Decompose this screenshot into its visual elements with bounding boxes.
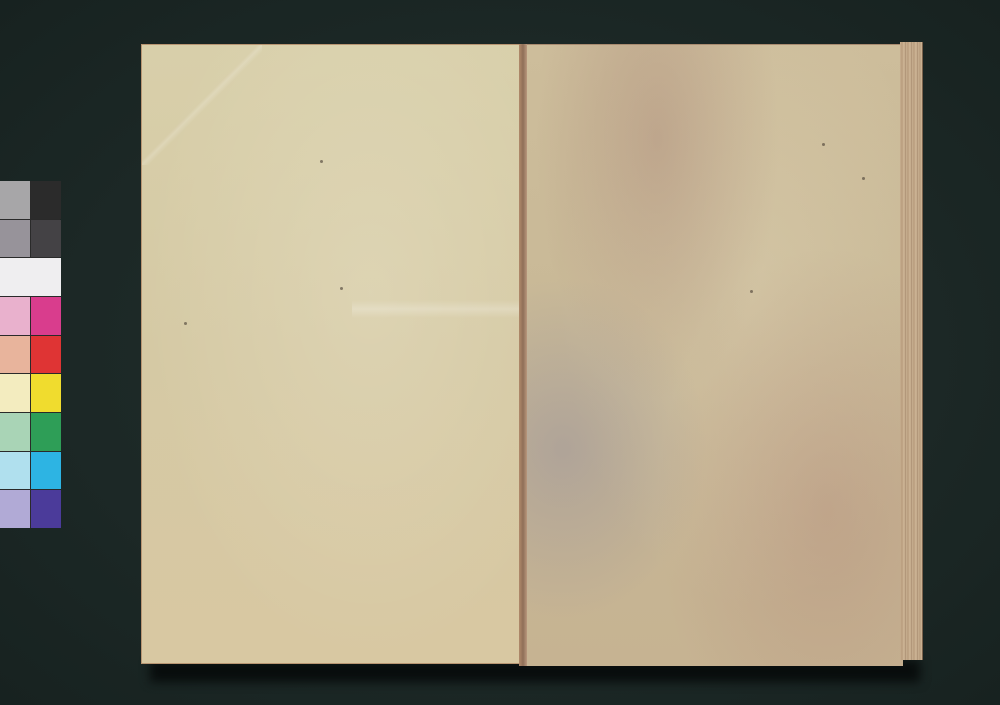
swatch-lavender [0, 490, 30, 528]
swatch-black [31, 181, 61, 219]
swatch-light-cyan [0, 452, 30, 490]
swatch-red [31, 336, 61, 374]
swatch-yellow [31, 374, 61, 412]
paper-speck [184, 322, 187, 325]
paper-speck [340, 287, 343, 290]
swatch-light-gray [0, 181, 30, 219]
swatch-mid-gray [0, 220, 30, 258]
swatch-light-green [0, 413, 30, 451]
swatch-violet [31, 490, 61, 528]
swatch-cyan [31, 452, 61, 490]
swatch-peach [0, 336, 30, 374]
paper-speck [862, 177, 865, 180]
swatch-light-yellow [0, 374, 30, 412]
book-page-edges [900, 42, 923, 660]
photo-scene [0, 0, 1000, 705]
swatch-white [0, 258, 61, 296]
paper-speck [750, 290, 753, 293]
paper-speck [822, 143, 825, 146]
book-gutter [519, 44, 527, 666]
swatch-green [31, 413, 61, 451]
color-calibration-strip [0, 181, 60, 528]
swatch-magenta [31, 297, 61, 335]
swatch-light-pink [0, 297, 30, 335]
book-right-page [525, 44, 903, 666]
paper-speck [320, 160, 323, 163]
book-left-page [141, 44, 523, 664]
swatch-dark-gray [31, 220, 61, 258]
